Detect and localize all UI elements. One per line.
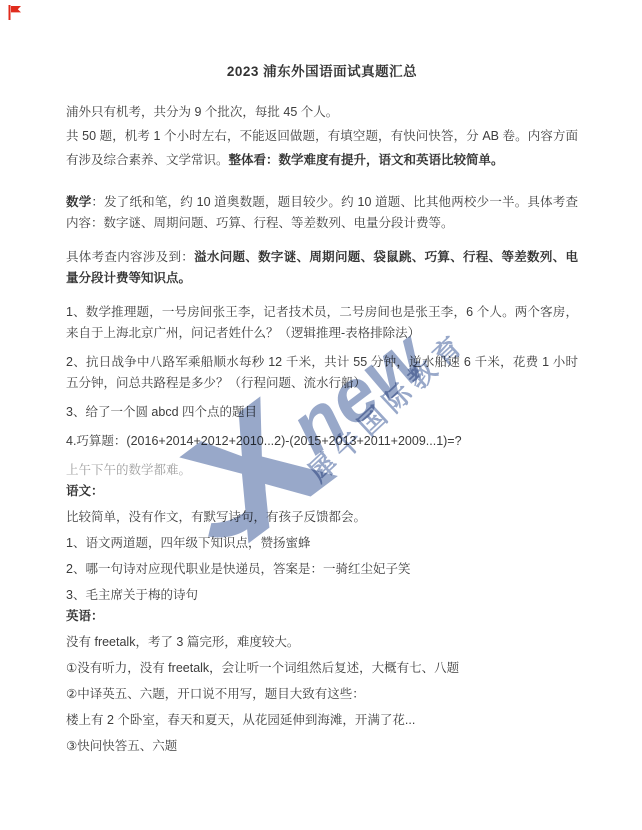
english-item-1: ①没有听力，没有 freetalk，会让听一个词组然后复述，大概有七、八题 — [66, 658, 578, 679]
chinese-item-3: 3、毛主席关于梅的诗句 — [66, 585, 578, 606]
document-page: new 犀牛国际教育 2023 浦东外国语面试真题汇总 浦外只有机考，共分为 9… — [0, 0, 642, 830]
math-overview-paragraph: 数学：发了纸和笔，约 10 道奥数题，题目较少。约 10 道题、比其他两校少一半… — [66, 192, 578, 234]
math-difficulty-note: 上午下午的数学都难。 — [66, 460, 578, 481]
chinese-item-1: 1、语文两道题，四年级下知识点，赞扬蜜蜂 — [66, 533, 578, 554]
english-item-3: 楼上有 2 个卧室，春天和夏天，从花园延伸到海滩，开满了花... — [66, 710, 578, 731]
chinese-item-2: 2、哪一句诗对应现代职业是快递员，答案是：一骑红尘妃子笑 — [66, 559, 578, 580]
intro-line-2: 共 50 题，机考 1 个小时左右，不能返回做题，有填空题，有快问快答，分 AB… — [66, 124, 578, 172]
chinese-summary: 比较简单，没有作文，有默写诗句，有孩子反馈都会。 — [66, 507, 578, 528]
math-item-4: 4.巧算题：(2016+2014+2012+2010...2)-(2015+20… — [66, 431, 578, 452]
math-item-3: 3、给了一个圆 abcd 四个点的题目 — [66, 402, 578, 423]
math-item-1: 1、数学推理题，一号房间张王李，记者技术员，二号房间也是张王李，6 个人。两个客… — [66, 302, 578, 344]
english-item-4: ③快问快答五、六题 — [66, 736, 578, 757]
chinese-section-heading: 语文： — [66, 481, 578, 502]
math-section-label: 数学 — [66, 195, 91, 209]
math-scope-prefix: 具体考查内容涉及到： — [66, 250, 194, 264]
document-body: 2023 浦东外国语面试真题汇总 浦外只有机考，共分为 9 个批次，每批 45 … — [66, 60, 578, 757]
math-overview-text: ：发了纸和笔，约 10 道奥数题，题目较少。约 10 道题、比其他两校少一半。具… — [66, 195, 578, 230]
english-summary: 没有 freetalk，考了 3 篇完形，难度较大。 — [66, 632, 578, 653]
english-item-2: ②中译英五、六题，开口说不用写，题目大致有这些： — [66, 684, 578, 705]
math-item-2: 2、抗日战争中八路军乘船顺水每秒 12 千米，共计 55 分钟，逆水船速 6 千… — [66, 352, 578, 394]
math-scope-paragraph: 具体考查内容涉及到：溢水问题、数字谜、周期问题、袋鼠跳、巧算、行程、等差数列、电… — [66, 247, 578, 289]
intro-line-1: 浦外只有机考，共分为 9 个批次，每批 45 个人。 — [66, 100, 578, 124]
english-section-heading: 英语： — [66, 606, 578, 627]
doc-title: 2023 浦东外国语面试真题汇总 — [66, 60, 578, 80]
red-flag-icon — [7, 4, 22, 21]
intro-line-2-bold: 整体看：数学难度有提升，语文和英语比较简单。 — [229, 153, 504, 167]
